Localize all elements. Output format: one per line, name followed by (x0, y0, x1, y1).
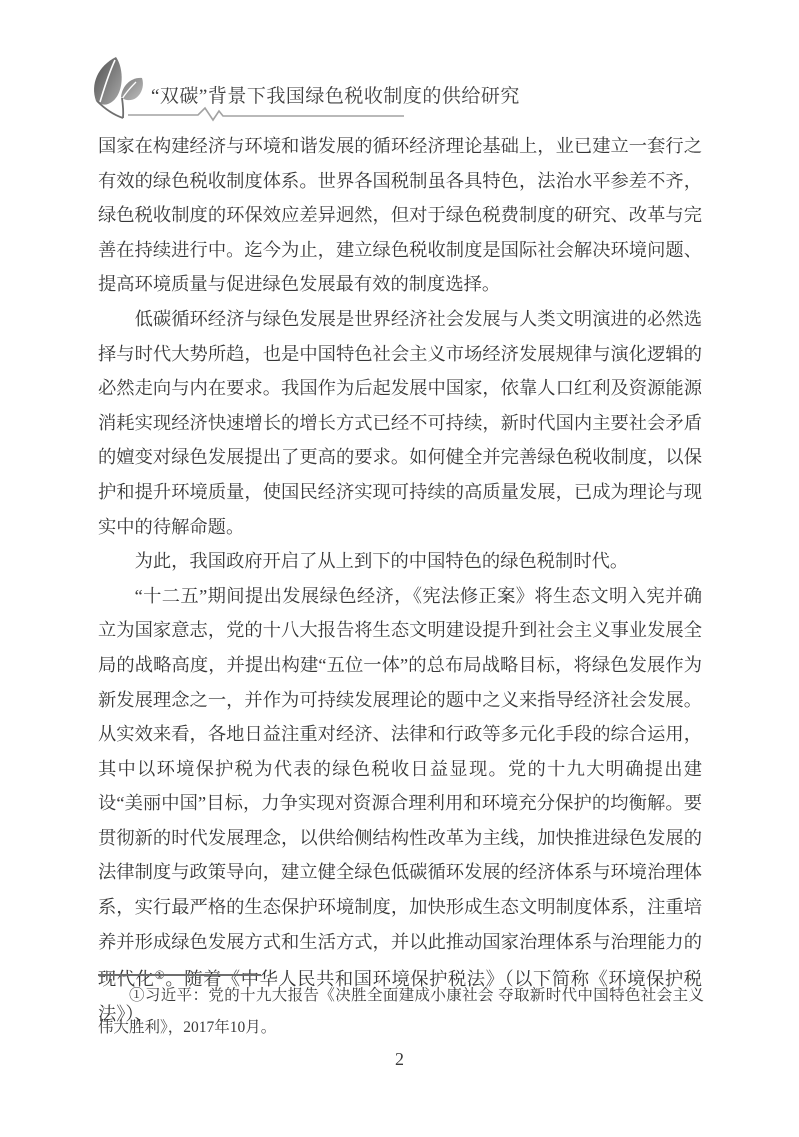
footnote: ①习近平：党的十九大报告《决胜全面建成小康社会 夺取新时代中国特色社会主义伟大胜… (98, 980, 704, 1043)
paragraph: “十二五”期间提出发展绿色经济，《宪法修正案》将生态文明入宪并确立为国家意志，党… (98, 579, 702, 1032)
footnote-divider (98, 974, 261, 976)
paragraph: 国家在构建经济与环境和谐发展的循环经济理论基础上，业已建立一套行之有效的绿色税收… (98, 129, 702, 302)
paragraph: 为此，我国政府开启了从上到下的中国特色的绿色税制时代。 (98, 544, 702, 579)
footnote-text: 习近平：党的十九大报告《决胜全面建成小康社会 夺取新时代中国特色社会主义伟大胜利… (98, 987, 704, 1036)
document-page: “双碳”背景下我国绿色税收制度的供给研究 国家在构建经济与环境和谐发展的循环经济… (0, 0, 799, 1137)
footnote-marker: ① (129, 987, 145, 1004)
paragraph: 低碳循环经济与绿色发展是世界经济社会发展与人类文明演进的必然选择与时代大势所趋，… (98, 302, 702, 544)
running-head-title: “双碳”背景下我国绿色税收制度的供给研究 (151, 81, 520, 108)
page-number: 2 (0, 1049, 799, 1070)
page-header: “双碳”背景下我国绿色税收制度的供给研究 (0, 0, 799, 130)
paragraph-text: “十二五”期间提出发展绿色经济，《宪法修正案》将生态文明入宪并确立为国家意志，党… (98, 586, 702, 990)
header-rule (126, 106, 408, 124)
body-text: 国家在构建经济与环境和谐发展的循环经济理论基础上，业已建立一套行之有效的绿色税收… (98, 129, 702, 1031)
